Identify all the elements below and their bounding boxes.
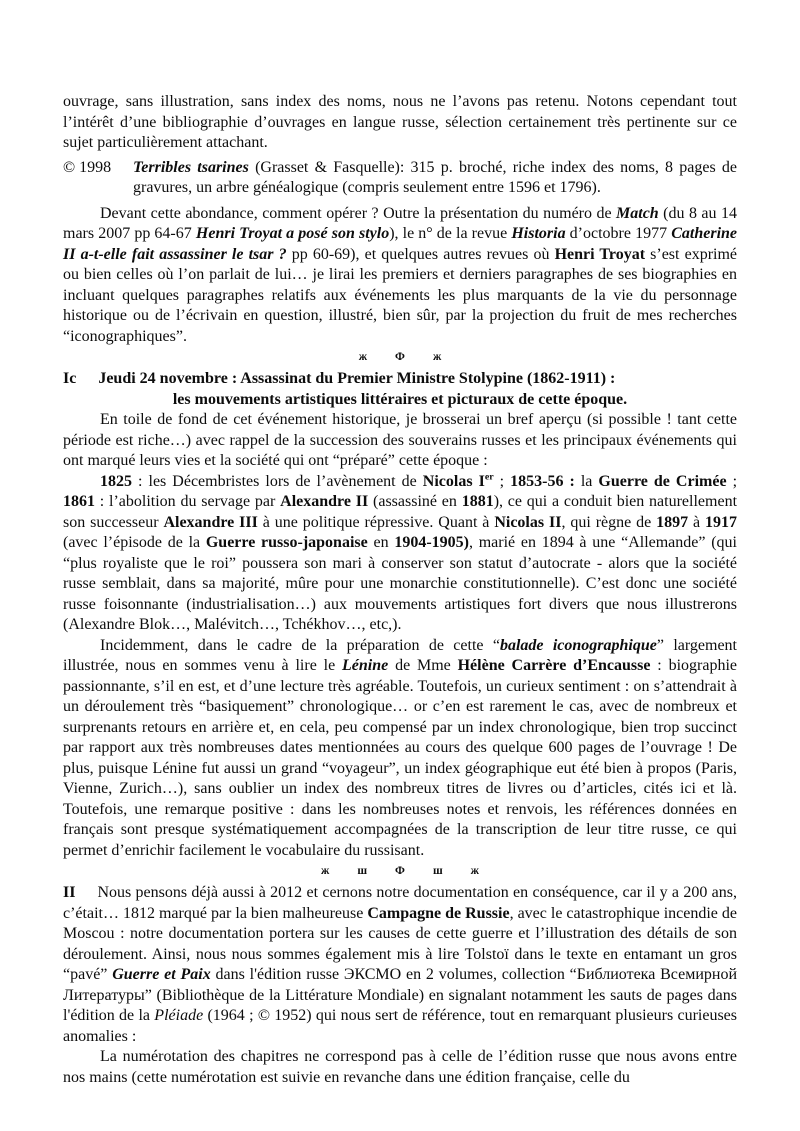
section-separator-1: жФж xyxy=(63,350,737,364)
section-heading-subtitle: les mouvements artistiques littéraires e… xyxy=(63,390,737,411)
bibliography-entry-text: Terribles tsarines (Grasset & Fasquelle)… xyxy=(133,158,737,199)
paragraph-chronologie-1825: 1825 : les Décembristes lors de l’avènem… xyxy=(63,472,737,636)
bibliography-entry-1998: © 1998 Terribles tsarines (Grasset & Fas… xyxy=(63,158,737,199)
paragraph-incidemment-lenine: Incidemment, dans le cadre de la prépara… xyxy=(63,636,737,862)
paragraph-section-ii-2012: IINous pensons déjà aussi à 2012 et cern… xyxy=(63,883,737,1047)
section-separator-2: жшФшж xyxy=(63,864,737,878)
paragraph-continuation-ouvrage: ouvrage, sans illustration, sans index d… xyxy=(63,92,737,154)
paragraph-numerotation-chapitres: La numérotation des chapitres ne corresp… xyxy=(63,1047,737,1088)
paragraph-devant-cette-abondance: Devant cette abondance, comment opérer ?… xyxy=(63,204,737,348)
paragraph-en-toile-de-fond: En toile de fond de cet événement histor… xyxy=(63,410,737,472)
section-heading-ic: IcJeudi 24 novembre : Assassinat du Prem… xyxy=(63,369,737,390)
document-page: ouvrage, sans illustration, sans index d… xyxy=(0,0,800,1131)
copyright-year-label: © 1998 xyxy=(63,158,111,179)
